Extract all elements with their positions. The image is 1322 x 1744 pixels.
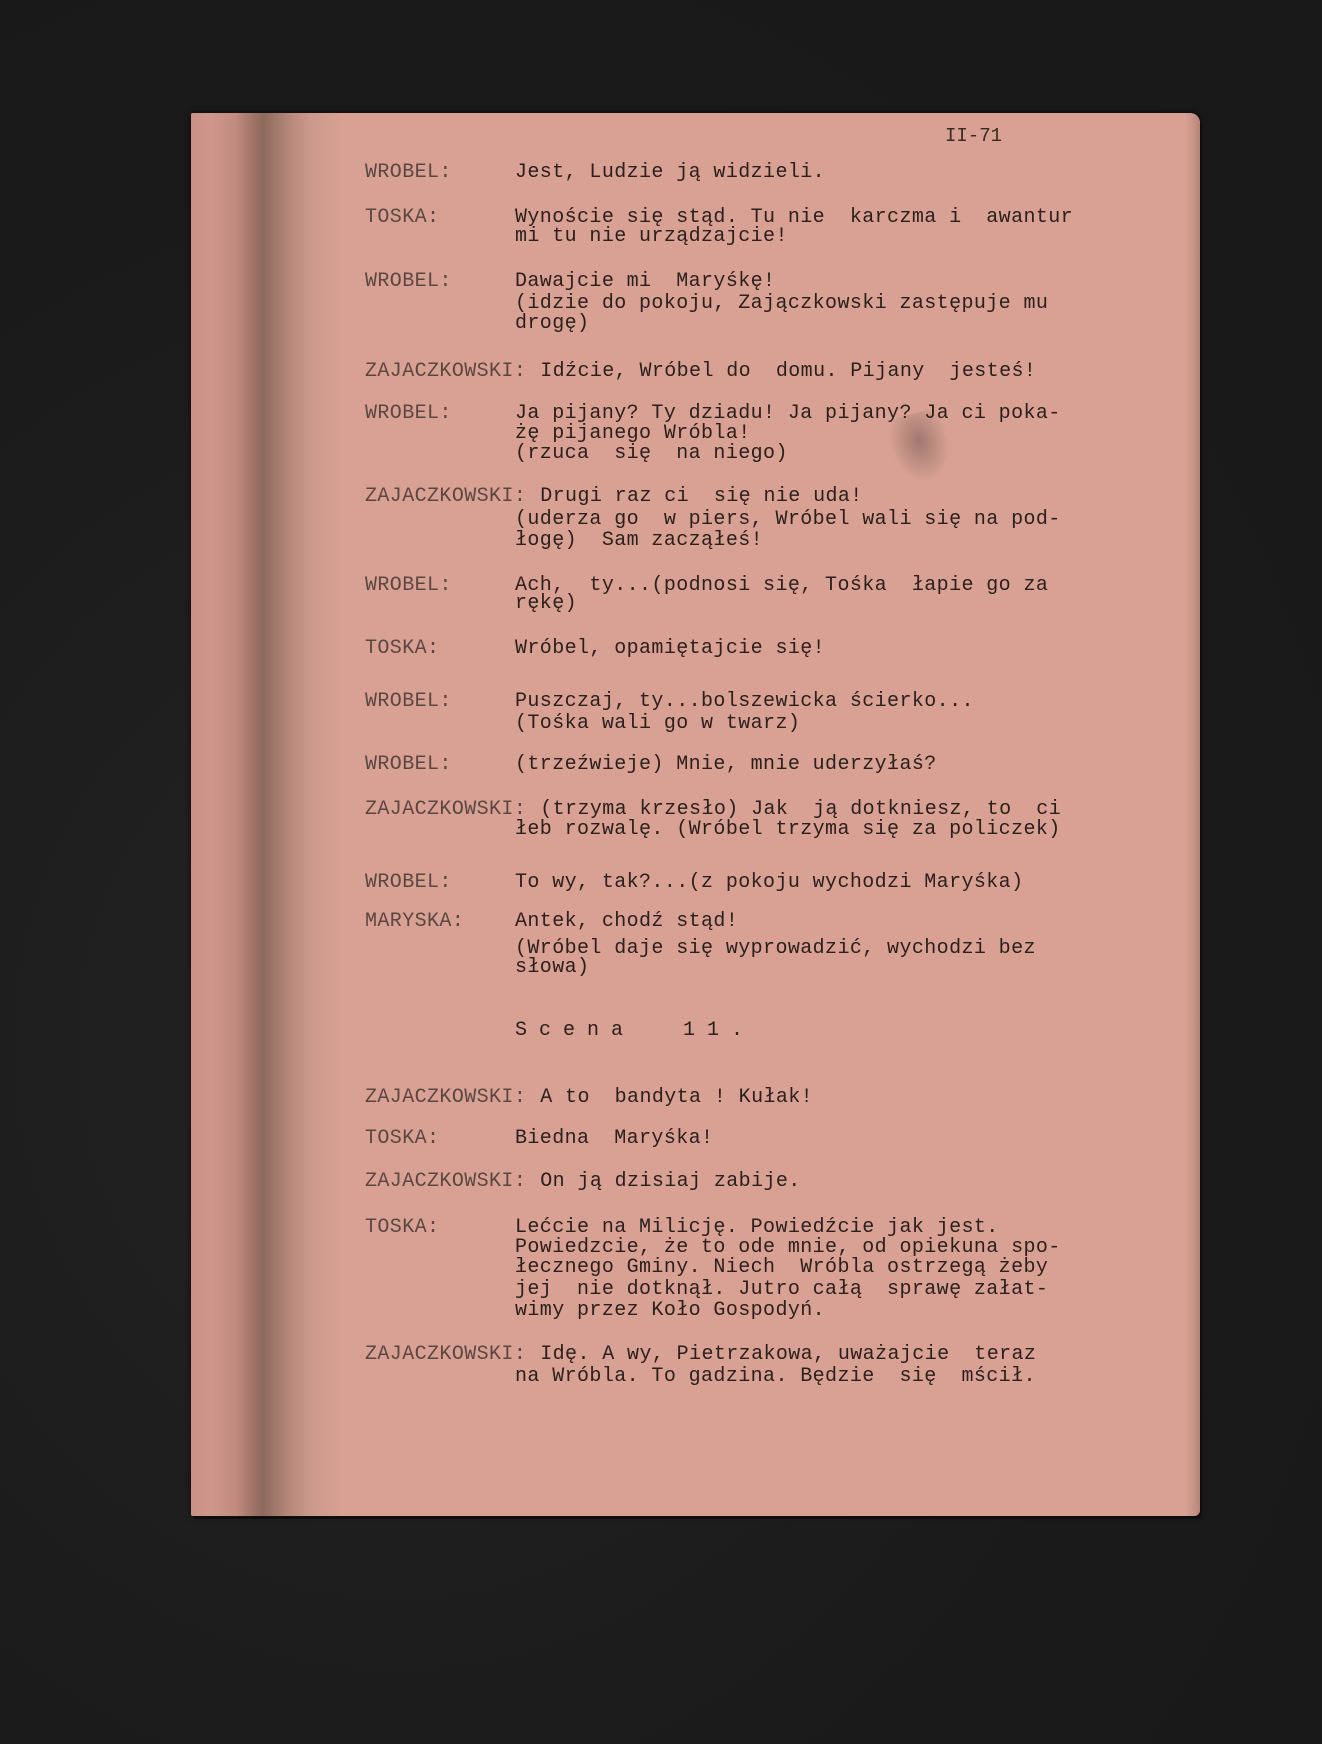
dialogue-line: łecznego Gminy. Niech Wróbla ostrzegą że… (515, 1257, 1048, 1279)
dialogue-line: mi tu nie urządzajcie! (515, 226, 788, 248)
speaker-label: WROBEL: (365, 403, 452, 425)
page-number: II-71 (945, 125, 1002, 147)
dialogue-line: drogę) (515, 313, 589, 335)
dialogue-line: na Wróbla. To gadzina. Będzie się mścił. (515, 1366, 1036, 1388)
dialogue-line: Wróbel, opamiętajcie się! (515, 638, 825, 660)
binding-shadow (191, 113, 341, 1516)
dialogue-line: (uderza go w piers, Wróbel wali się na p… (515, 509, 1061, 531)
dialogue-line: To wy, tak?...(z pokoju wychodzi Maryśka… (515, 872, 1023, 894)
speaker-label: ZAJACZKOWSKI: (365, 1087, 526, 1109)
dialogue-line: Jest, Ludzie ją widzieli. (515, 162, 825, 184)
speaker-label: WROBEL: (365, 872, 452, 894)
typescript-page: WROBEL:Jest, Ludzie ją widzieli.TOSKA:Wy… (191, 113, 1200, 1516)
scene-heading: Scena 11. (515, 1020, 755, 1042)
dialogue-line: Drugi raz ci się nie uda! (540, 486, 862, 508)
dialogue-line: Puszczaj, ty...bolszewicka ścierko... (515, 691, 974, 713)
dialogue-line: wimy przez Koło Gospodyń. (515, 1300, 825, 1322)
dialogue-line: (trzeźwieje) Mnie, mnie uderzyłaś? (515, 754, 937, 776)
dialogue-line: (idzie do pokoju, Zajączkowski zastępuje… (515, 293, 1048, 315)
speaker-label: TOSKA: (365, 638, 439, 660)
speaker-label: ZAJACZKOWSKI: (365, 799, 526, 821)
dialogue-line: rękę) (515, 593, 577, 615)
speaker-label: TOSKA: (365, 1217, 439, 1239)
speaker-label: ZAJACZKOWSKI: (365, 486, 526, 508)
dialogue-line: łeb rozwalę. (Wróbel trzyma się za polic… (515, 819, 1061, 841)
dialogue-line: Ach, ty...(podnosi się, Tośka łapie go z… (515, 575, 1048, 597)
speaker-label: MARYSKA: (365, 911, 464, 933)
speaker-label: ZAJACZKOWSKI: (365, 1171, 526, 1193)
speaker-label: WROBEL: (365, 575, 452, 597)
dialogue-line: Dawajcie mi Maryśkę! (515, 271, 775, 293)
page-edge (1186, 113, 1200, 1516)
speaker-label: WROBEL: (365, 691, 452, 713)
dialogue-line: Idźcie, Wróbel do domu. Pijany jesteś! (540, 361, 1036, 383)
speaker-label: WROBEL: (365, 271, 452, 293)
dialogue-line: Biedna Maryśka! (515, 1128, 713, 1150)
speaker-label: WROBEL: (365, 162, 452, 184)
speaker-label: TOSKA: (365, 207, 439, 229)
dialogue-line: Antek, chodź stąd! (515, 911, 738, 933)
speaker-label: ZAJACZKOWSKI: (365, 361, 526, 383)
dialogue-line: (Wróbel daje się wyprowadzić, wychodzi b… (515, 938, 1036, 960)
dialogue-line: łogę) Sam zacząłeś! (515, 530, 763, 552)
dialogue-line: jej nie dotknął. Jutro całą sprawę załat… (515, 1279, 1048, 1301)
speaker-label: ZAJACZKOWSKI: (365, 1344, 526, 1366)
dialogue-line: On ją dzisiaj zabije. (540, 1171, 800, 1193)
speaker-label: WROBEL: (365, 754, 452, 776)
dialogue-line: Idę. A wy, Pietrzakowa, uważajcie teraz (540, 1344, 1036, 1366)
dialogue-line: A to bandyta ! Kułak! (540, 1087, 813, 1109)
dialogue-line: (rzuca się na niego) (515, 443, 788, 465)
dialogue-line: (Tośka wali go w twarz) (515, 713, 800, 735)
speaker-label: TOSKA: (365, 1128, 439, 1150)
dialogue-line: słowa) (515, 957, 589, 979)
